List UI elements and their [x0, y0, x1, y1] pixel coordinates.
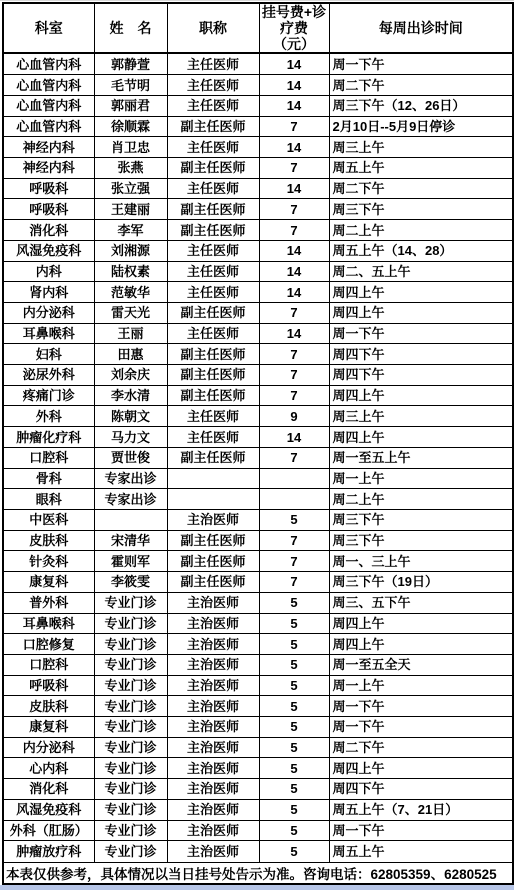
- cell-doctor-title: 主治医师: [167, 634, 259, 655]
- cell-fee: 14: [259, 282, 329, 303]
- cell-doctor-title: 副主任医师: [167, 158, 259, 179]
- cell-time: 周三下午: [329, 199, 513, 220]
- cell-fee: 9: [259, 406, 329, 427]
- cell-doctor-title: 主治医师: [167, 613, 259, 634]
- cell-doctor-name: 雷天光: [94, 302, 167, 323]
- cell-department: 口腔科: [3, 654, 94, 675]
- cell-department: 妇科: [3, 344, 94, 365]
- cell-doctor-title: 副主任医师: [167, 365, 259, 386]
- cell-time: 周三下午（12、26日）: [329, 95, 513, 116]
- table-row: 中医科 主治医师 5 周三下午: [3, 510, 513, 531]
- cell-doctor-name: 徐顺霖: [94, 116, 167, 137]
- cell-fee: 7: [259, 385, 329, 406]
- table-row: 疼痛门诊 李水清 副主任医师 7 周四上午: [3, 385, 513, 406]
- cell-department: 心血管内科: [3, 75, 94, 96]
- cell-fee: 7: [259, 116, 329, 137]
- table-row: 针灸科 霍则军 副主任医师 7 周一、三上午: [3, 551, 513, 572]
- cell-time: 周四上午: [329, 385, 513, 406]
- cell-time: 周三、五下午: [329, 592, 513, 613]
- cell-doctor-title: 主任医师: [167, 53, 259, 74]
- cell-fee: 7: [259, 365, 329, 386]
- cell-department: 呼吸科: [3, 199, 94, 220]
- cell-fee: 5: [259, 737, 329, 758]
- cell-department: 内科: [3, 261, 94, 282]
- cell-time: 周四上午: [329, 634, 513, 655]
- footer-note: 本表仅供参考，具体情况以当日挂号处告示为准。咨询电话：62805359、6280…: [3, 862, 513, 884]
- cell-doctor-title: 副主任医师: [167, 302, 259, 323]
- cell-doctor-title: 主任医师: [167, 240, 259, 261]
- cell-doctor-title: 主任医师: [167, 95, 259, 116]
- table-row: 内分泌科 雷天光 副主任医师 7 周四上午: [3, 302, 513, 323]
- cell-time: 周二、五上午: [329, 261, 513, 282]
- cell-doctor-name: 田惠: [94, 344, 167, 365]
- cell-doctor-title: 主治医师: [167, 592, 259, 613]
- table-row: 风湿免疫科 刘湘源 主任医师 14 周五上午（14、28）: [3, 240, 513, 261]
- cell-doctor-title: 副主任医师: [167, 199, 259, 220]
- cell-time: 周二下午: [329, 75, 513, 96]
- cell-department: 内分泌科: [3, 302, 94, 323]
- cell-fee: 14: [259, 75, 329, 96]
- cell-department: 中医科: [3, 510, 94, 531]
- cell-department: 心血管内科: [3, 53, 94, 74]
- cell-doctor-title: [167, 489, 259, 510]
- cell-doctor-title: 主治医师: [167, 820, 259, 841]
- cell-department: 神经内科: [3, 158, 94, 179]
- header-cell-title: 职称: [167, 3, 259, 53]
- cell-time: 周二下午: [329, 737, 513, 758]
- cell-fee: 5: [259, 634, 329, 655]
- table-row: 呼吸科 张立强 主任医师 14 周二下午: [3, 178, 513, 199]
- table-row: 耳鼻喉科 王丽 主任医师 14 周一下午: [3, 323, 513, 344]
- table-row: 口腔科 专业门诊 主治医师 5 周一至五全天: [3, 654, 513, 675]
- cell-time: 周四下午: [329, 365, 513, 386]
- cell-doctor-title: 主任医师: [167, 137, 259, 158]
- cell-fee: 7: [259, 551, 329, 572]
- cell-doctor-title: 主治医师: [167, 717, 259, 738]
- cell-time: 周五上午: [329, 841, 513, 862]
- table-row: 消化科 李军 副主任医师 7 周二上午: [3, 220, 513, 241]
- cell-time: 周三下午: [329, 510, 513, 531]
- cell-doctor-name: 专家出诊: [94, 468, 167, 489]
- cell-time: 周二上午: [329, 220, 513, 241]
- cell-time: 周一上午: [329, 675, 513, 696]
- table-row: 口腔修复 专业门诊 主治医师 5 周四上午: [3, 634, 513, 655]
- cell-time: 周二下午: [329, 178, 513, 199]
- table-row: 骨科 专家出诊 周一上午: [3, 468, 513, 489]
- table-row: 泌尿外科 刘余庆 副主任医师 7 周四下午: [3, 365, 513, 386]
- cell-department: 泌尿外科: [3, 365, 94, 386]
- table-row: 神经内科 肖卫忠 主任医师 14 周三上午: [3, 137, 513, 158]
- cell-department: 皮肤科: [3, 696, 94, 717]
- header-row: 科室 姓 名 职称 挂号费+诊 疗费 （元） 每周出诊时间: [3, 3, 513, 53]
- cell-department: 风湿免疫科: [3, 240, 94, 261]
- cell-fee: 14: [259, 53, 329, 74]
- cell-fee: 14: [259, 427, 329, 448]
- cell-department: 康复科: [3, 717, 94, 738]
- table-row: 肿瘤化疗科 马力文 主任医师 14 周四上午: [3, 427, 513, 448]
- table-row: 呼吸科 专业门诊 主治医师 5 周一上午: [3, 675, 513, 696]
- cell-department: 风湿免疫科: [3, 799, 94, 820]
- table-row: 耳鼻喉科 专业门诊 主治医师 5 周四上午: [3, 613, 513, 634]
- cell-department: 肾内科: [3, 282, 94, 303]
- cell-department: 呼吸科: [3, 178, 94, 199]
- cell-doctor-title: 副主任医师: [167, 220, 259, 241]
- header-cell-department: 科室: [3, 3, 94, 53]
- cell-fee: [259, 489, 329, 510]
- cell-doctor-name: 张立强: [94, 178, 167, 199]
- cell-time: 周四上午: [329, 427, 513, 448]
- cell-time: 周一、三上午: [329, 551, 513, 572]
- table-row: 心内科 专业门诊 主治医师 5 周四上午: [3, 758, 513, 779]
- cell-doctor-name: 专业门诊: [94, 717, 167, 738]
- cell-doctor-title: 主任医师: [167, 75, 259, 96]
- cell-department: 口腔修复: [3, 634, 94, 655]
- cell-doctor-name: 陈朝文: [94, 406, 167, 427]
- table-row: 康复科 李筱雯 副主任医师 7 周三下午（19日）: [3, 572, 513, 593]
- cell-fee: 5: [259, 799, 329, 820]
- cell-fee: 5: [259, 779, 329, 800]
- cell-time: 周四上午: [329, 302, 513, 323]
- cell-department: 外科（肛肠）: [3, 820, 94, 841]
- cell-time: 周一至五全天: [329, 654, 513, 675]
- cell-doctor-title: 副主任医师: [167, 530, 259, 551]
- cell-department: 消化科: [3, 779, 94, 800]
- cell-doctor-name: 专业门诊: [94, 613, 167, 634]
- cell-department: 消化科: [3, 220, 94, 241]
- cell-fee: 5: [259, 758, 329, 779]
- cell-doctor-name: 马力文: [94, 427, 167, 448]
- cell-fee: 14: [259, 240, 329, 261]
- screenshot-top-edge: [0, 0, 514, 1]
- cell-department: 眼科: [3, 489, 94, 510]
- cell-doctor-name: 王丽: [94, 323, 167, 344]
- cell-fee: 5: [259, 696, 329, 717]
- cell-doctor-name: 陆权素: [94, 261, 167, 282]
- clinic-schedule-table: 科室 姓 名 职称 挂号费+诊 疗费 （元） 每周出诊时间 心血管内科 郭静萱 …: [2, 2, 514, 885]
- cell-doctor-title: 主治医师: [167, 799, 259, 820]
- cell-time: 周四上午: [329, 613, 513, 634]
- cell-time: 周一至五上午: [329, 447, 513, 468]
- cell-department: 口腔科: [3, 447, 94, 468]
- table-row: 口腔科 贾世俊 副主任医师 7 周一至五上午: [3, 447, 513, 468]
- cell-doctor-name: 专业门诊: [94, 654, 167, 675]
- cell-time: 周一下午: [329, 696, 513, 717]
- cell-time: 2月10日--5月9日停诊: [329, 116, 513, 137]
- table-row: 呼吸科 王建丽 副主任医师 7 周三下午: [3, 199, 513, 220]
- cell-department: 耳鼻喉科: [3, 613, 94, 634]
- cell-fee: 5: [259, 613, 329, 634]
- cell-time: 周三上午: [329, 406, 513, 427]
- cell-doctor-title: 副主任医师: [167, 572, 259, 593]
- header-cell-name: 姓 名: [94, 3, 167, 53]
- cell-fee: [259, 468, 329, 489]
- header-cell-time: 每周出诊时间: [329, 3, 513, 53]
- cell-doctor-title: 主治医师: [167, 675, 259, 696]
- cell-doctor-title: 主治医师: [167, 737, 259, 758]
- cell-doctor-name: 专家出诊: [94, 489, 167, 510]
- cell-doctor-title: 主任医师: [167, 427, 259, 448]
- cell-doctor-name: 李筱雯: [94, 572, 167, 593]
- cell-doctor-name: 专业门诊: [94, 696, 167, 717]
- cell-doctor-name: [94, 510, 167, 531]
- cell-doctor-title: 副主任医师: [167, 116, 259, 137]
- cell-doctor-title: 主治医师: [167, 779, 259, 800]
- cell-fee: 5: [259, 717, 329, 738]
- cell-time: 周二上午: [329, 489, 513, 510]
- cell-doctor-name: 专业门诊: [94, 799, 167, 820]
- cell-doctor-title: 主治医师: [167, 696, 259, 717]
- table-header: 科室 姓 名 职称 挂号费+诊 疗费 （元） 每周出诊时间: [3, 3, 513, 53]
- table-row: 皮肤科 专业门诊 主治医师 5 周一下午: [3, 696, 513, 717]
- cell-time: 周五上午（7、21日）: [329, 799, 513, 820]
- cell-doctor-title: 主治医师: [167, 510, 259, 531]
- screenshot-bottom-edge: [0, 885, 514, 890]
- table-row: 心血管内科 毛节明 主任医师 14 周二下午: [3, 75, 513, 96]
- cell-doctor-title: 副主任医师: [167, 551, 259, 572]
- cell-doctor-name: 郭静萱: [94, 53, 167, 74]
- cell-department: 康复科: [3, 572, 94, 593]
- cell-doctor-name: 宋清华: [94, 530, 167, 551]
- table-row: 眼科 专家出诊 周二上午: [3, 489, 513, 510]
- cell-time: 周四下午: [329, 779, 513, 800]
- cell-fee: 7: [259, 220, 329, 241]
- cell-fee: 7: [259, 572, 329, 593]
- cell-department: 普外科: [3, 592, 94, 613]
- table-row: 皮肤科 宋清华 副主任医师 7 周三下午: [3, 530, 513, 551]
- cell-department: 耳鼻喉科: [3, 323, 94, 344]
- cell-doctor-name: 专业门诊: [94, 820, 167, 841]
- cell-fee: 7: [259, 447, 329, 468]
- cell-doctor-name: 专业门诊: [94, 758, 167, 779]
- cell-department: 肿瘤放疗科: [3, 841, 94, 862]
- cell-fee: 7: [259, 302, 329, 323]
- cell-fee: 14: [259, 95, 329, 116]
- cell-fee: 14: [259, 137, 329, 158]
- cell-doctor-name: 范敏华: [94, 282, 167, 303]
- cell-time: 周一上午: [329, 468, 513, 489]
- cell-department: 神经内科: [3, 137, 94, 158]
- cell-doctor-title: 副主任医师: [167, 385, 259, 406]
- cell-department: 心血管内科: [3, 116, 94, 137]
- cell-time: 周一下午: [329, 323, 513, 344]
- cell-department: 心血管内科: [3, 95, 94, 116]
- cell-time: 周三上午: [329, 137, 513, 158]
- cell-doctor-title: 主治医师: [167, 758, 259, 779]
- cell-time: 周一下午: [329, 820, 513, 841]
- cell-time: 周三下午: [329, 530, 513, 551]
- cell-department: 骨科: [3, 468, 94, 489]
- table-row: 内分泌科 专业门诊 主治医师 5 周二下午: [3, 737, 513, 758]
- cell-doctor-name: 专业门诊: [94, 841, 167, 862]
- cell-department: 呼吸科: [3, 675, 94, 696]
- cell-department: 心内科: [3, 758, 94, 779]
- cell-doctor-title: 主任医师: [167, 323, 259, 344]
- cell-department: 内分泌科: [3, 737, 94, 758]
- cell-time: 周三下午（19日）: [329, 572, 513, 593]
- cell-doctor-name: 专业门诊: [94, 675, 167, 696]
- cell-fee: 7: [259, 158, 329, 179]
- table-row: 心血管内科 郭丽君 主任医师 14 周三下午（12、26日）: [3, 95, 513, 116]
- cell-doctor-name: 贾世俊: [94, 447, 167, 468]
- cell-department: 肿瘤化疗科: [3, 427, 94, 448]
- cell-department: 针灸科: [3, 551, 94, 572]
- cell-fee: 14: [259, 178, 329, 199]
- cell-doctor-title: [167, 468, 259, 489]
- cell-doctor-name: 专业门诊: [94, 634, 167, 655]
- table-row: 神经内科 张燕 副主任医师 7 周五上午: [3, 158, 513, 179]
- cell-department: 疼痛门诊: [3, 385, 94, 406]
- cell-doctor-title: 副主任医师: [167, 447, 259, 468]
- cell-time: 周四下午: [329, 344, 513, 365]
- cell-time: 周四上午: [329, 282, 513, 303]
- cell-fee: 7: [259, 199, 329, 220]
- cell-doctor-name: 专业门诊: [94, 779, 167, 800]
- cell-doctor-title: 主任医师: [167, 178, 259, 199]
- cell-doctor-name: 李军: [94, 220, 167, 241]
- cell-department: 外科: [3, 406, 94, 427]
- table-row: 心血管内科 徐顺霖 副主任医师 7 2月10日--5月9日停诊: [3, 116, 513, 137]
- cell-fee: 5: [259, 820, 329, 841]
- cell-doctor-name: 李水清: [94, 385, 167, 406]
- cell-doctor-name: 王建丽: [94, 199, 167, 220]
- cell-fee: 7: [259, 344, 329, 365]
- cell-doctor-name: 刘余庆: [94, 365, 167, 386]
- cell-fee: 5: [259, 841, 329, 862]
- cell-doctor-title: 主任医师: [167, 282, 259, 303]
- cell-doctor-title: 主任医师: [167, 261, 259, 282]
- cell-fee: 5: [259, 592, 329, 613]
- cell-doctor-name: 专业门诊: [94, 737, 167, 758]
- table-row: 外科（肛肠） 专业门诊 主治医师 5 周一下午: [3, 820, 513, 841]
- table-row: 肾内科 范敏华 主任医师 14 周四上午: [3, 282, 513, 303]
- table-row: 妇科 田惠 副主任医师 7 周四下午: [3, 344, 513, 365]
- table-row: 外科 陈朝文 主任医师 9 周三上午: [3, 406, 513, 427]
- table-row: 内科 陆权素 主任医师 14 周二、五上午: [3, 261, 513, 282]
- schedule-rows: 心血管内科 郭静萱 主任医师 14 周一下午 心血管内科 毛节明 主任医师 14…: [3, 53, 513, 862]
- cell-time: 周一下午: [329, 717, 513, 738]
- cell-fee: 14: [259, 261, 329, 282]
- table-row: 普外科 专业门诊 主治医师 5 周三、五下午: [3, 592, 513, 613]
- cell-time: 周五上午: [329, 158, 513, 179]
- cell-doctor-title: 副主任医师: [167, 344, 259, 365]
- table-row: 心血管内科 郭静萱 主任医师 14 周一下午: [3, 53, 513, 74]
- cell-time: 周一下午: [329, 53, 513, 74]
- footer-row: 本表仅供参考，具体情况以当日挂号处告示为准。咨询电话：62805359、6280…: [3, 862, 513, 884]
- cell-doctor-title: 主任医师: [167, 406, 259, 427]
- table-footer: 本表仅供参考，具体情况以当日挂号处告示为准。咨询电话：62805359、6280…: [3, 862, 513, 884]
- cell-doctor-name: 霍则军: [94, 551, 167, 572]
- cell-time: 周五上午（14、28）: [329, 240, 513, 261]
- cell-doctor-title: 主治医师: [167, 654, 259, 675]
- cell-doctor-name: 肖卫忠: [94, 137, 167, 158]
- header-cell-fee: 挂号费+诊 疗费 （元）: [259, 3, 329, 53]
- cell-department: 皮肤科: [3, 530, 94, 551]
- table-row: 风湿免疫科 专业门诊 主治医师 5 周五上午（7、21日）: [3, 799, 513, 820]
- table-row: 消化科 专业门诊 主治医师 5 周四下午: [3, 779, 513, 800]
- cell-fee: 5: [259, 654, 329, 675]
- cell-doctor-name: 刘湘源: [94, 240, 167, 261]
- cell-doctor-title: 主治医师: [167, 841, 259, 862]
- cell-fee: 5: [259, 510, 329, 531]
- cell-fee: 5: [259, 675, 329, 696]
- table-row: 康复科 专业门诊 主治医师 5 周一下午: [3, 717, 513, 738]
- table-row: 肿瘤放疗科 专业门诊 主治医师 5 周五上午: [3, 841, 513, 862]
- cell-doctor-name: 郭丽君: [94, 95, 167, 116]
- cell-doctor-name: 专业门诊: [94, 592, 167, 613]
- cell-time: 周四上午: [329, 758, 513, 779]
- cell-fee: 7: [259, 530, 329, 551]
- cell-doctor-name: 张燕: [94, 158, 167, 179]
- cell-fee: 14: [259, 323, 329, 344]
- cell-doctor-name: 毛节明: [94, 75, 167, 96]
